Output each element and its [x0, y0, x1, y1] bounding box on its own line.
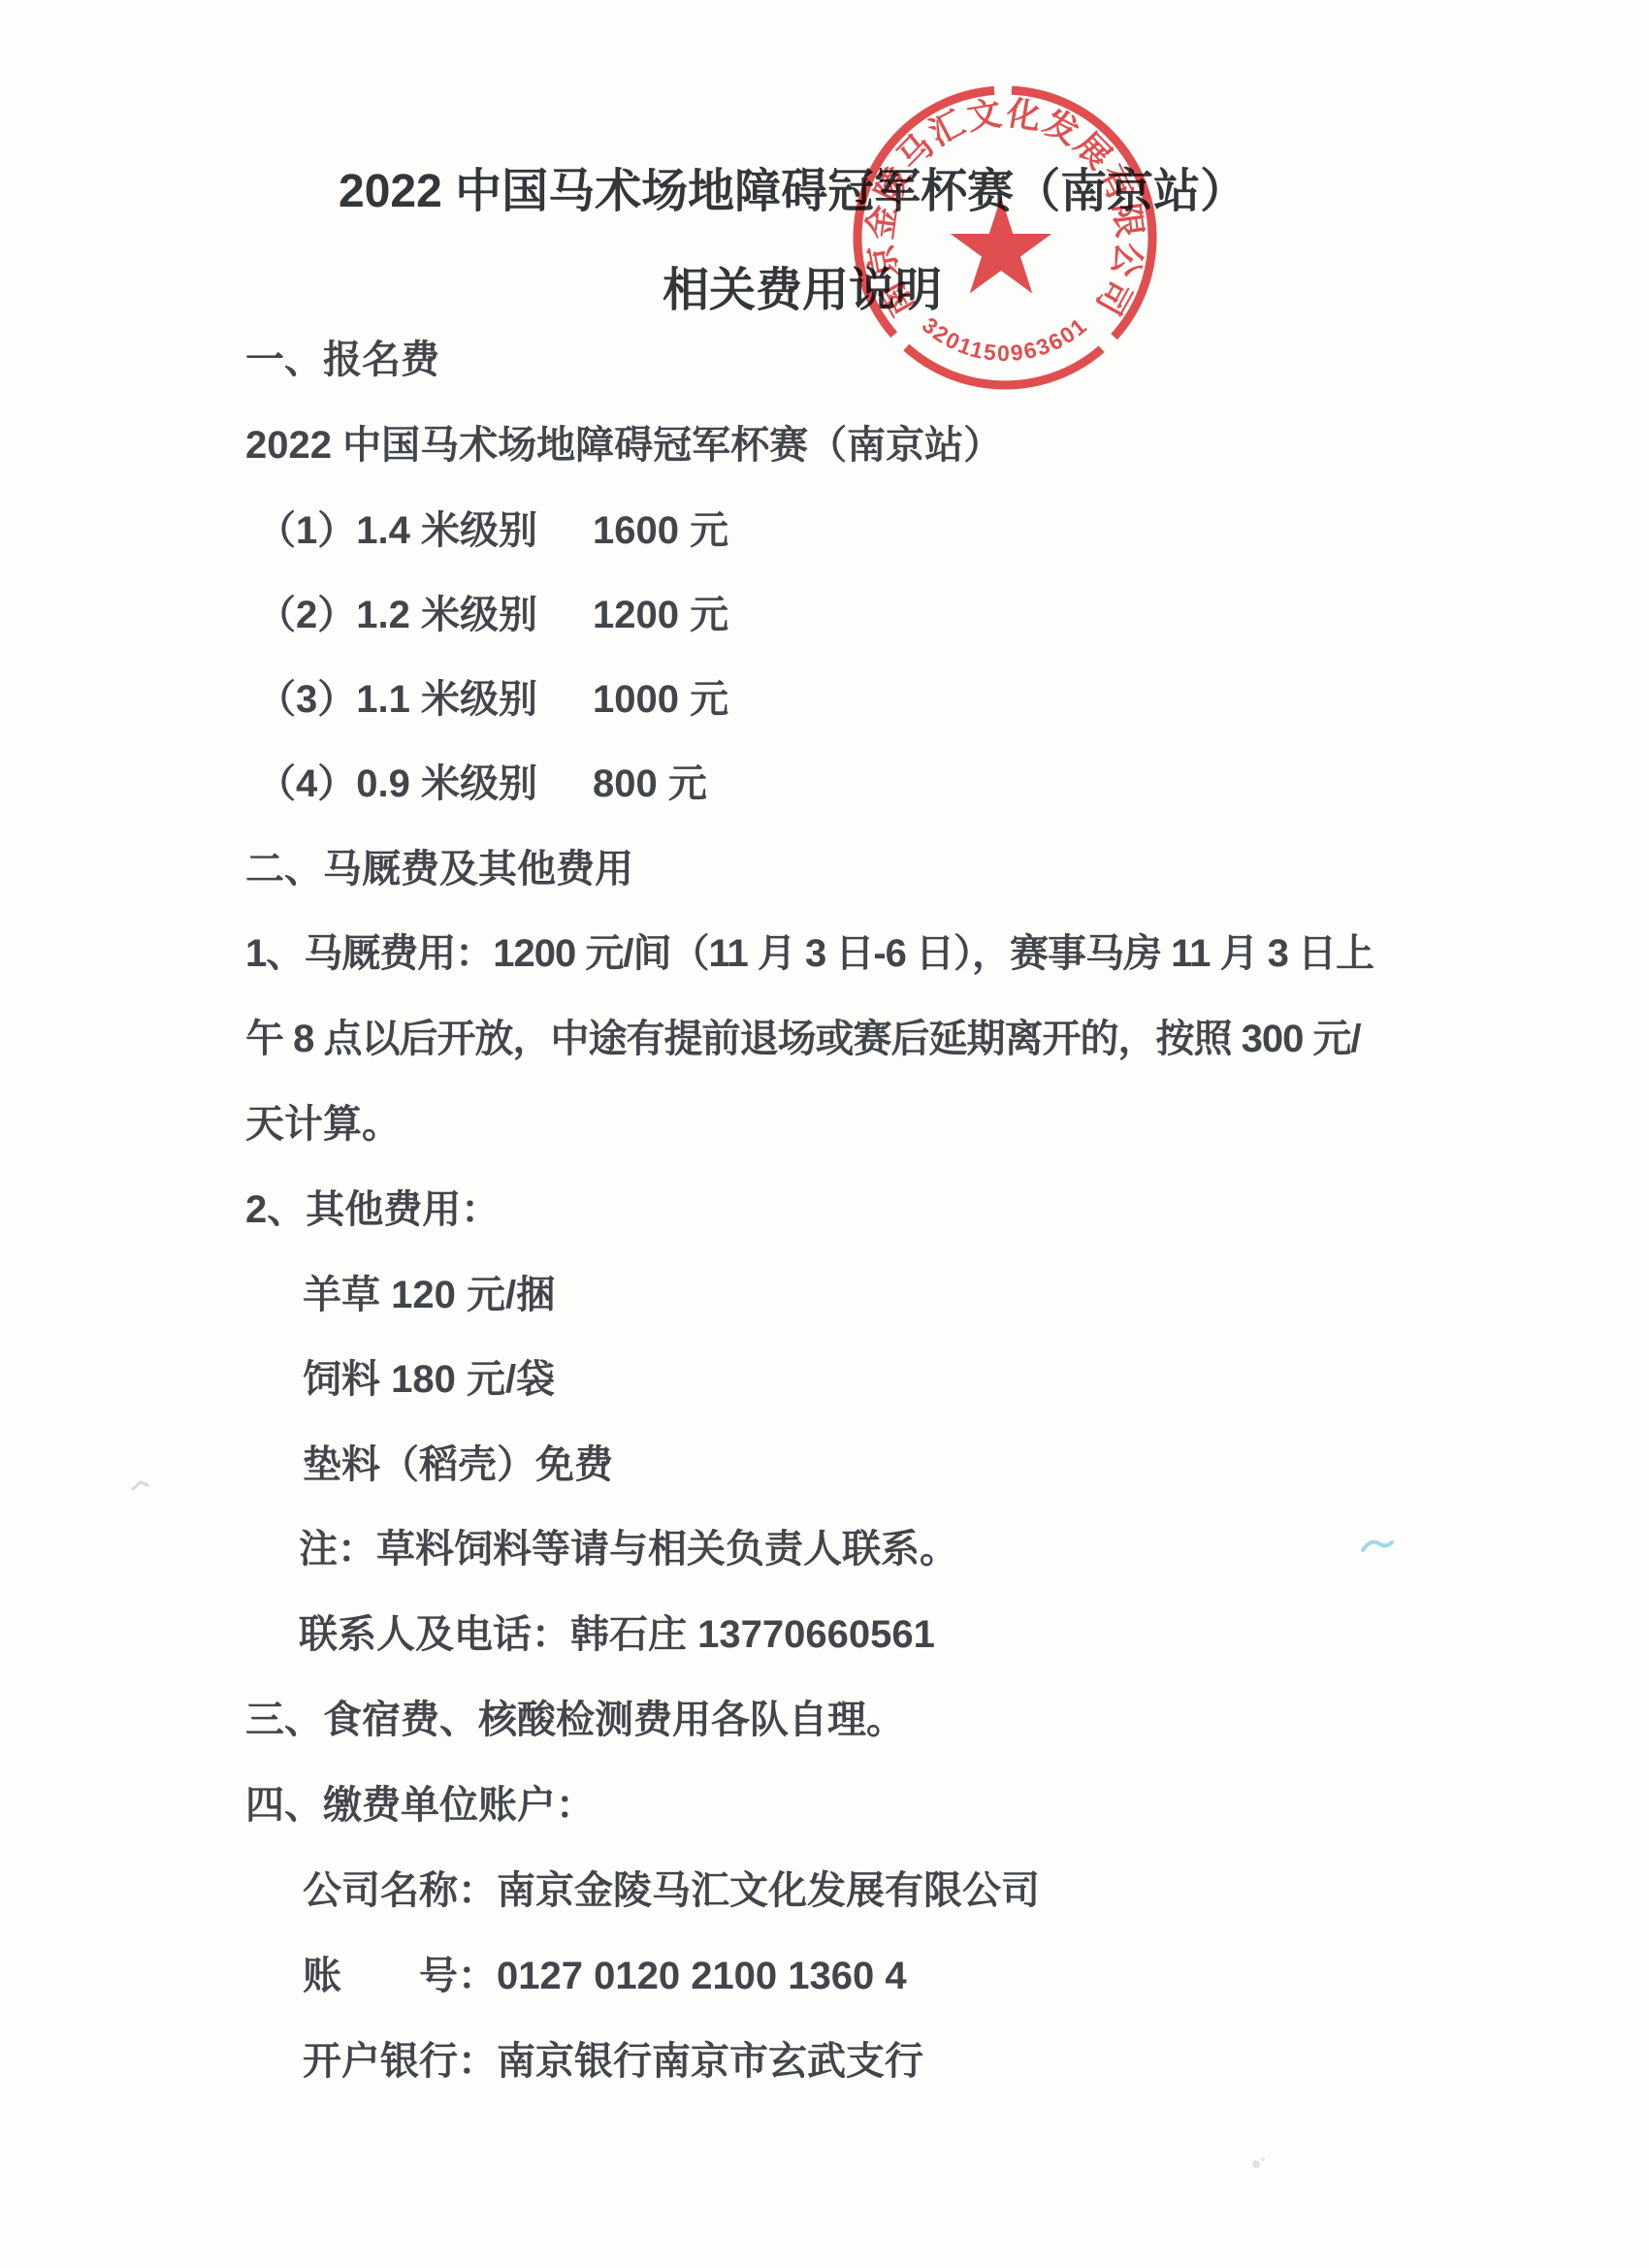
scanned-document-page: 2022 中国马术场地障碍冠军杯赛（南京站） 相关费用说明 一、报名费 2022…: [0, 0, 1649, 2268]
other-fee-item-hay: 羊草 120 元/捆: [303, 1275, 555, 1316]
section3-heading: 三、食宿费、核酸检测费用各队自理。: [245, 1700, 905, 1741]
stable-fee-line1: 1、马厩费用：1200 元/间（11 月 3 日-6 日），赛事马房 11 月 …: [245, 933, 1374, 975]
fee-price: 1200 元: [593, 595, 728, 636]
gray-scan-mark: [130, 1476, 151, 1494]
company-seal-stamp-icon: 南京金陵马汇文化发展有限公司 3201150963601: [840, 73, 1170, 403]
fee-label: （1）1.4 米级别: [257, 510, 537, 552]
bank-line: 开户银行：南京银行南京市玄武支行: [303, 2041, 923, 2083]
fee-price: 1600 元: [593, 510, 728, 552]
fee-label: （2）1.2 米级别: [257, 595, 537, 636]
company-name-line: 公司名称：南京金陵马汇文化发展有限公司: [303, 1870, 1040, 1912]
fee-price: 1000 元: [593, 679, 728, 721]
fee-label: （3）1.1 米级别: [257, 679, 537, 721]
stable-fee-line2: 午 8 点以后开放，中途有提前退场或赛后延期离开的，按照 300 元/: [245, 1019, 1361, 1060]
stamp-star-icon: [951, 197, 1052, 294]
account-number-line: 账 号：0127 0120 2100 1360 4: [303, 1956, 907, 1997]
stamp-number-text: 3201150963601: [918, 312, 1092, 366]
fee-label: （4）0.9 米级别: [257, 763, 537, 805]
section4-heading: 四、缴费单位账户：: [245, 1785, 595, 1827]
section1-intro: 2022 中国马术场地障碍冠军杯赛（南京站）: [245, 425, 1002, 467]
fee-price: 800 元: [593, 763, 707, 805]
stable-fee-line3: 天计算。: [245, 1104, 401, 1146]
section2-heading: 二、马厩费及其他费用: [245, 849, 633, 891]
section1-heading: 一、报名费: [245, 340, 439, 381]
cyan-scan-mark: [1360, 1531, 1399, 1560]
other-fee-item-feed: 饲料 180 元/袋: [303, 1359, 555, 1401]
contact-line: 联系人及电话：韩石庄 13770660561: [299, 1614, 935, 1656]
other-fees-heading: 2、其他费用：: [245, 1189, 500, 1231]
note-line: 注：草料饲料等请与相关负责人联系。: [299, 1529, 958, 1571]
other-fee-item-bedding: 垫料（稻壳）免费: [303, 1444, 613, 1486]
gray-scan-speck: [1247, 2154, 1271, 2175]
